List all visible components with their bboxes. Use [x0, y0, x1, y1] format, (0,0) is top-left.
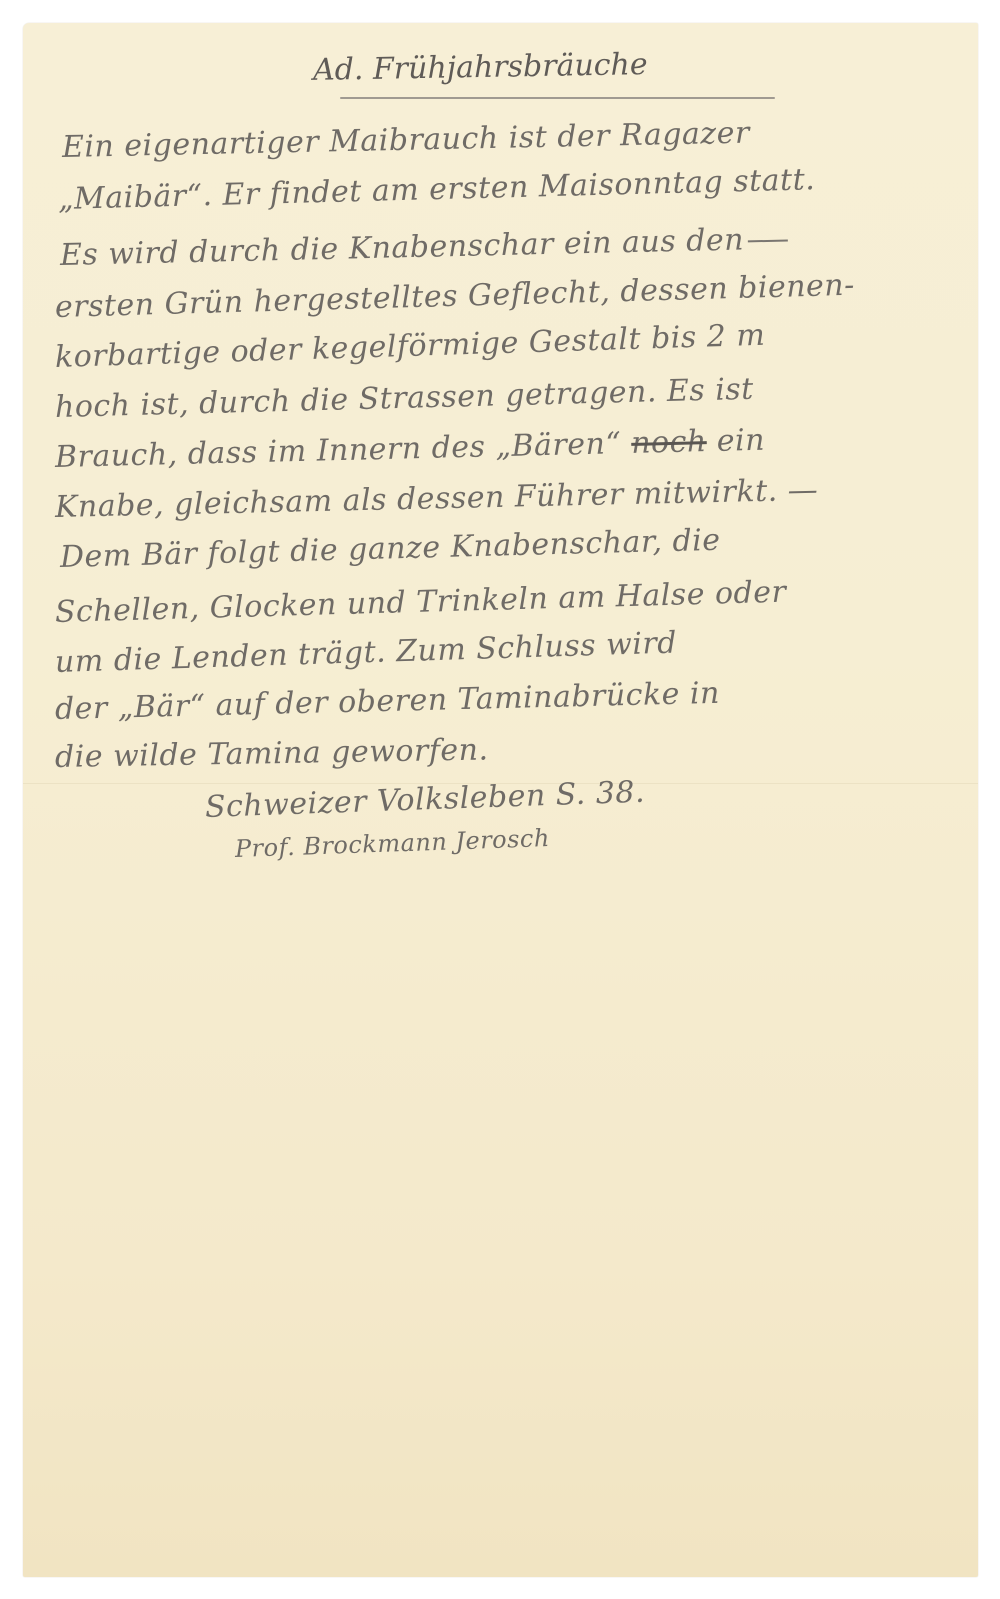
struck-word: noch	[631, 424, 707, 461]
text-line-7-tail: ein	[716, 423, 765, 459]
title-underline	[340, 97, 775, 99]
scanned-page: Ad. Frühjahrsbräuche Ein eigenartiger Ma…	[0, 0, 1000, 1599]
pen-dash	[748, 239, 788, 242]
page-title: Ad. Frühjahrsbräuche	[313, 47, 648, 88]
